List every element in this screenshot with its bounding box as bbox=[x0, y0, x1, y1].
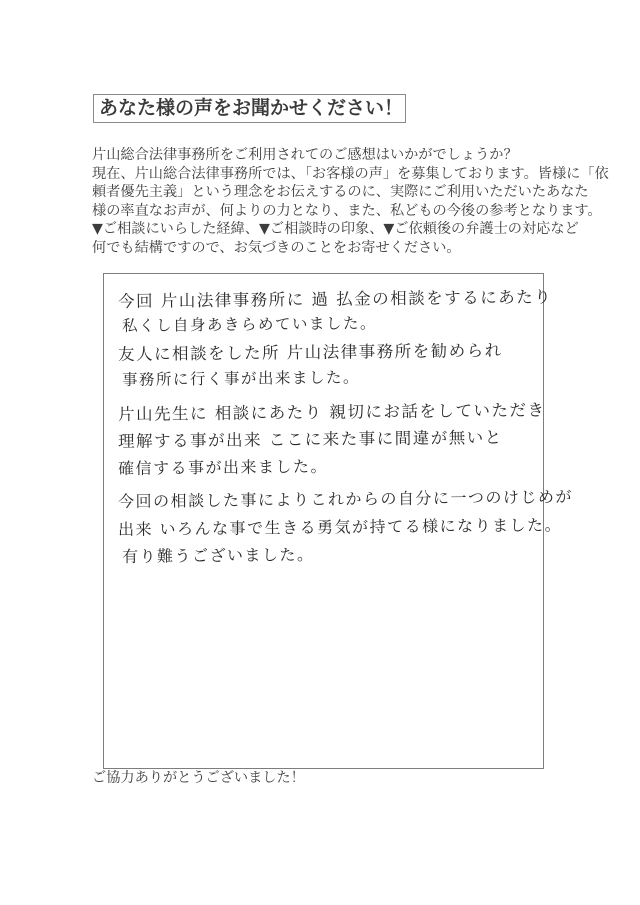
handwritten-comment-box: 今回 片山法律事務所に 過 払金の相談をするにあたり 私くし自身あきらめていまし… bbox=[103, 273, 544, 769]
page-title: あなた様の声をお聞かせください！ bbox=[99, 99, 403, 118]
intro-line: ▼ご相談にいらした経緯、▼ご相談時の印象、▼ご依頼後の弁護士の対応など bbox=[92, 220, 562, 239]
intro-paragraph: 片山総合法律事務所をご利用されてのご感想はいかがでしょうか？ 現在、片山総合法律… bbox=[92, 146, 562, 257]
intro-line: 片山総合法律事務所をご利用されてのご感想はいかがでしょうか？ bbox=[92, 146, 562, 165]
handwritten-line: 理解する事が出来 ここに来た事に間違が無いと bbox=[118, 424, 503, 452]
handwritten-line: 今回 片山法律事務所に 過 払金の相談をするにあたり bbox=[118, 283, 552, 312]
intro-line: 頼者優先主義」という理念をお伝えするのに、実際にご利用いただいたあなた bbox=[92, 183, 562, 202]
handwritten-line: 確信する事が出来ました。 bbox=[118, 454, 328, 479]
page-title-box: あなた様の声をお聞かせください！ bbox=[93, 94, 406, 123]
handwritten-line: 私くし自身あきらめていました。 bbox=[122, 311, 377, 336]
intro-line: 何でも結構ですので、お気づきのことをお寄せください。 bbox=[92, 239, 562, 258]
handwritten-line: 出来 いろんな事で生きる勇気が持てる様になりました。 bbox=[118, 512, 562, 540]
handwritten-line: 今回の相談した事によりこれからの自分に一つのけじめが bbox=[118, 484, 573, 512]
handwritten-line: 友人に相談をした所 片山法律事務所を勧められ bbox=[118, 337, 503, 365]
handwritten-line: 有り難うございました。 bbox=[122, 542, 315, 567]
intro-line: 様の率直なお声が、何よりの力となり、また、私どもの今後の参考となります。 bbox=[92, 202, 562, 221]
handwritten-line: 事務所に行く事が出来ました。 bbox=[122, 366, 360, 390]
thanks-message: ご協力ありがとうございました！ bbox=[92, 769, 305, 787]
handwritten-line: 片山先生に 相談にあたり 親切にお話をしていただき bbox=[118, 397, 546, 425]
intro-line: 現在、片山総合法律事務所では、「お客様の声」を募集しております。皆様に「依 bbox=[92, 165, 562, 184]
